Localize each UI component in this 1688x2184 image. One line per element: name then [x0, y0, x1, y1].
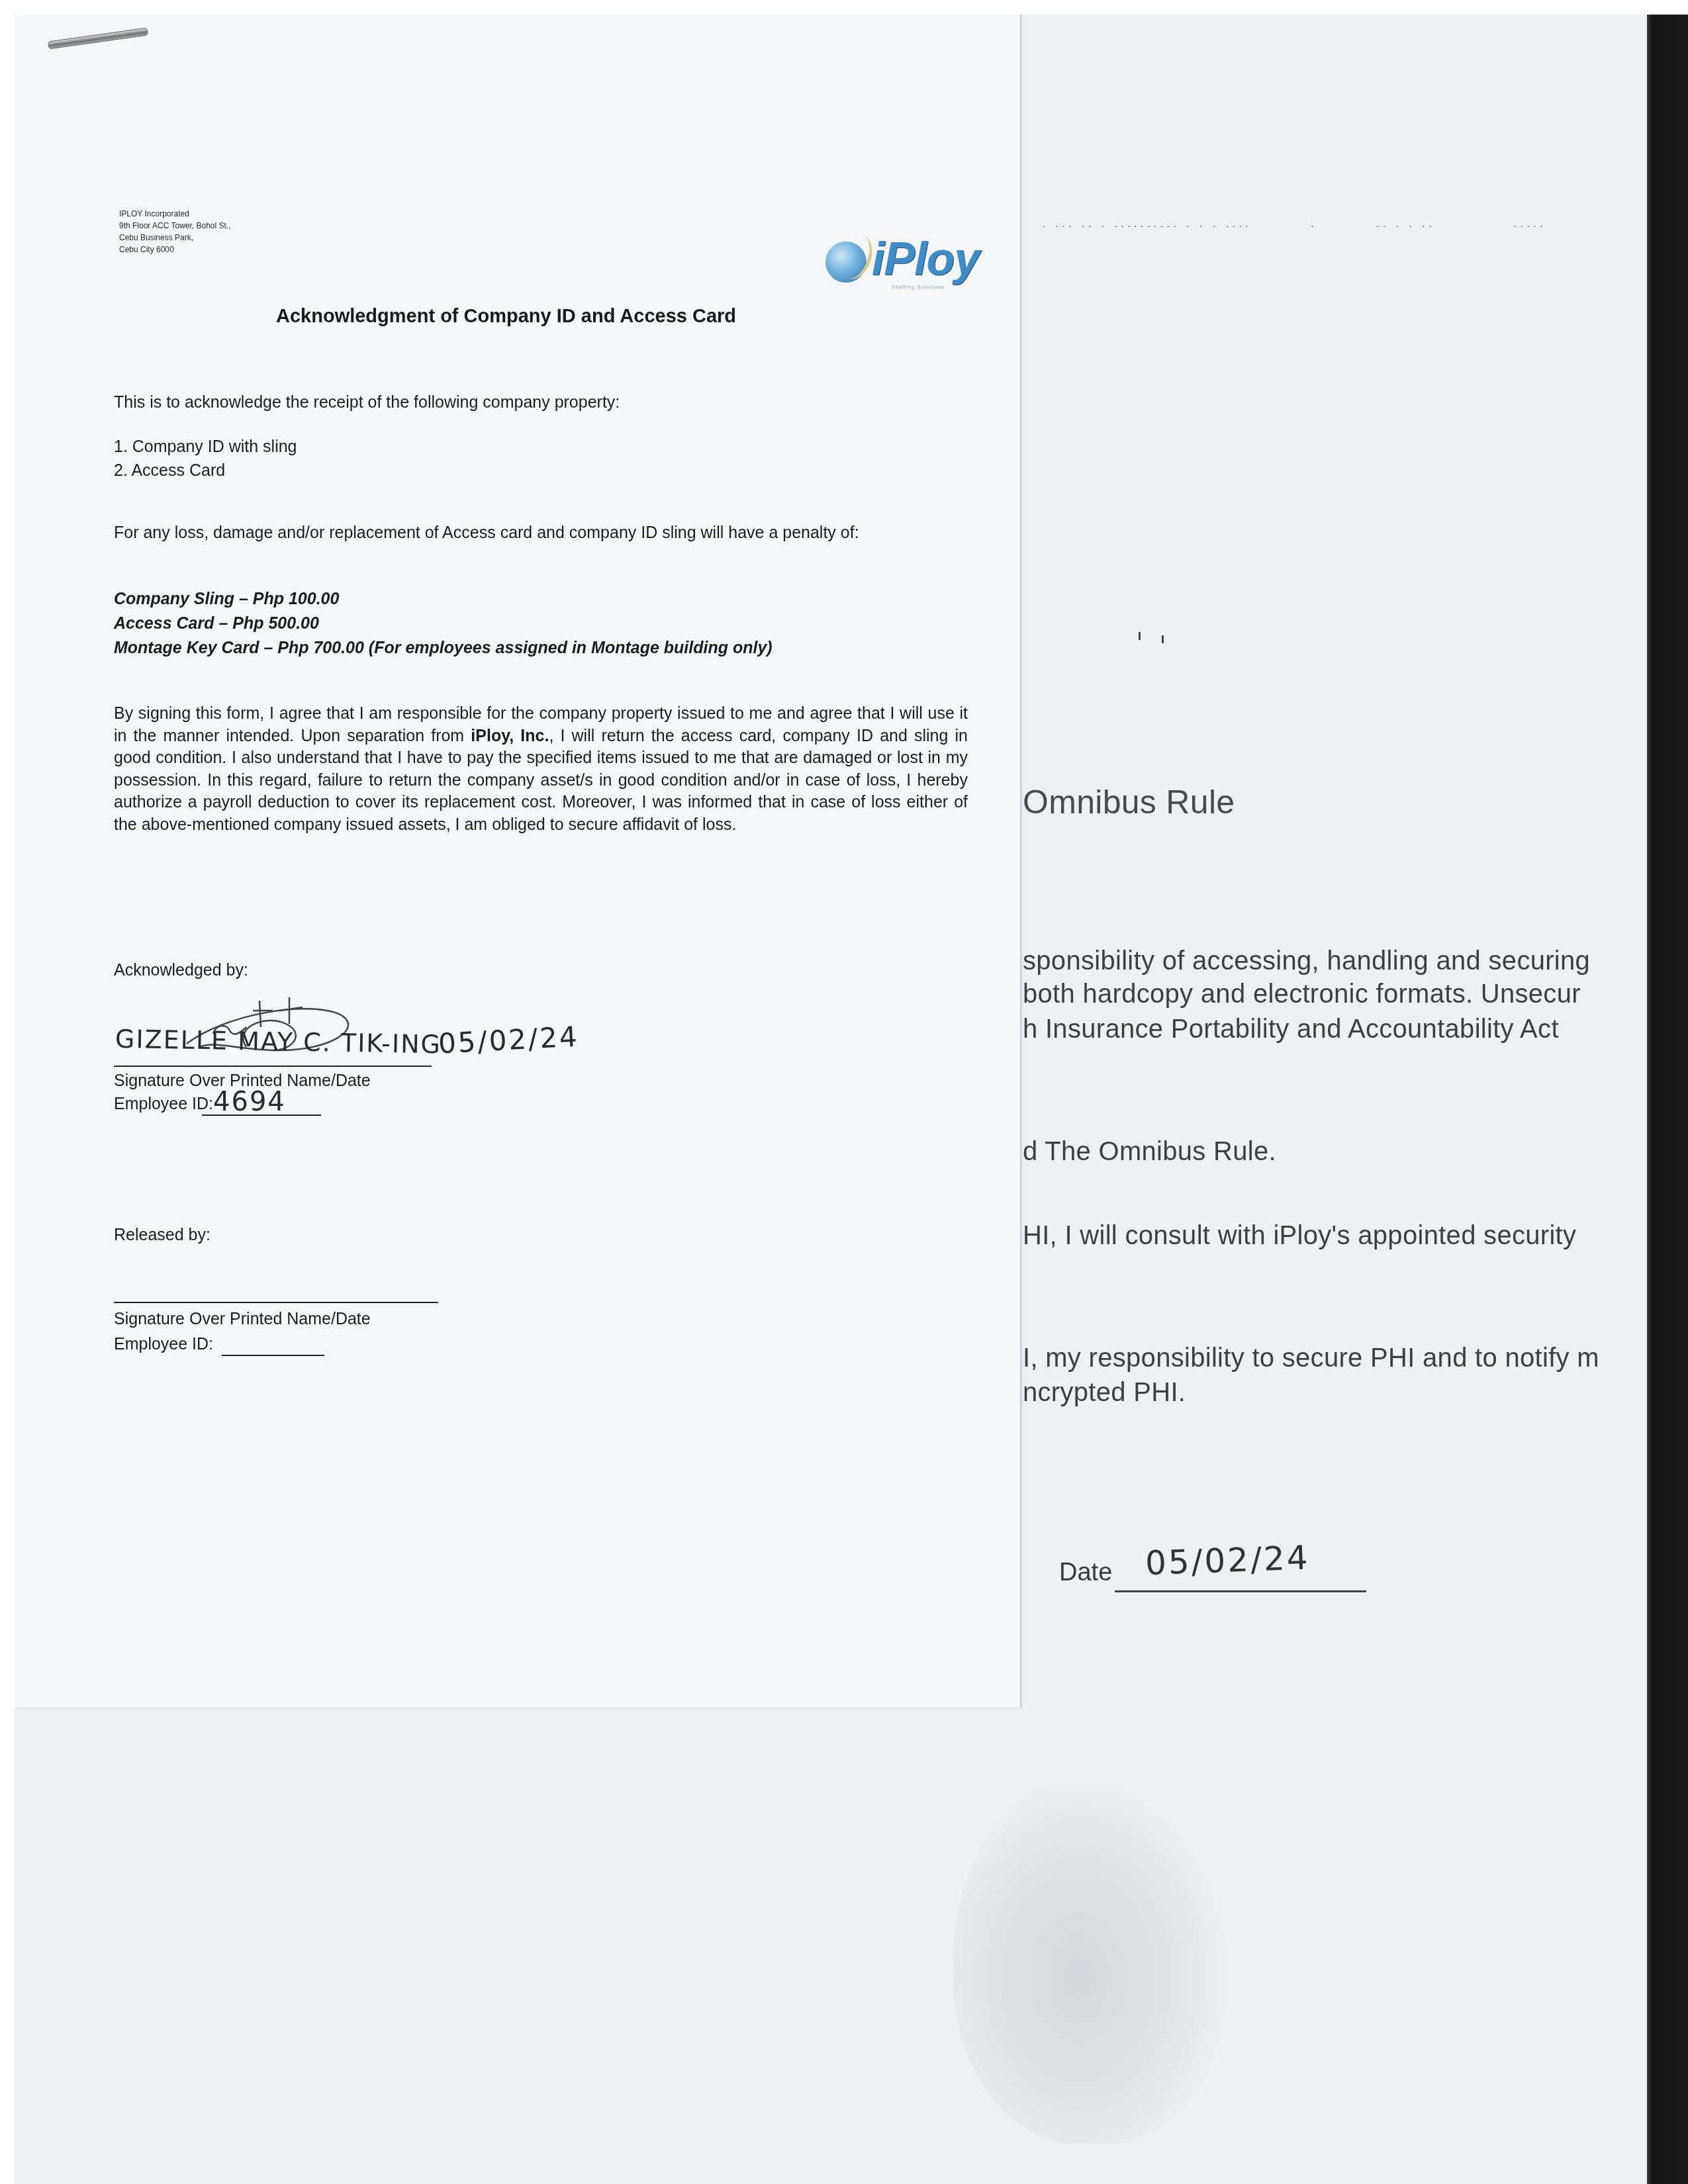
background-page-title: Omnibus Rule	[1023, 783, 1235, 821]
release-signature-line	[114, 1302, 438, 1303]
list-item: 1. Company ID with sling	[114, 435, 297, 459]
address-line: Cebu City 6000	[119, 244, 231, 255]
employee-id-label: Employee ID:	[114, 1095, 213, 1113]
release-signature-caption: Signature Over Printed Name/Date	[114, 1310, 371, 1329]
company-address: IPLOY Incorporated 9th Floor ACC Tower, …	[119, 208, 231, 255]
address-line: 9th Floor ACC Tower, Bohol St.,	[119, 220, 231, 232]
penalty-list: Company Sling – Php 100.00 Access Card –…	[114, 587, 773, 660]
scan-speck	[1162, 635, 1164, 643]
background-page-line: I, my responsibility to secure PHI and t…	[1023, 1343, 1599, 1373]
fingerprint-smudge	[953, 1774, 1231, 2144]
company-name: iPloy, Inc.	[471, 727, 549, 745]
background-page-line: HI, I will consult with iPloy's appointe…	[1023, 1221, 1576, 1251]
employee-id-underline	[222, 1355, 324, 1356]
date-underline	[1115, 1590, 1366, 1592]
penalty-item: Company Sling – Php 100.00	[114, 587, 773, 612]
acknowledgment-form: IPLOY Incorporated 9th Floor ACC Tower, …	[15, 15, 1021, 1707]
handwritten-date: 05/02/24	[438, 1020, 580, 1060]
address-line: Cebu Business Park,	[119, 232, 231, 244]
background-page-line: d The Omnibus Rule.	[1023, 1137, 1276, 1167]
penalty-intro: For any loss, damage and/or replacement …	[114, 521, 974, 545]
background-page-line: ncrypted PHI.	[1023, 1378, 1186, 1408]
iploy-logo: iPloy Staffing Solutions	[825, 230, 1017, 296]
employee-id-label: Employee ID:	[114, 1335, 213, 1353]
agreement-paragraph: By signing this form, I agree that I am …	[114, 703, 968, 836]
penalty-item: Montage Key Card – Php 700.00 (For emplo…	[114, 636, 773, 660]
document-title: Acknowledgment of Company ID and Access …	[276, 306, 736, 328]
logo-wordmark: iPloy	[872, 232, 979, 285]
address-line: IPLOY Incorporated	[119, 208, 231, 220]
employee-id-value: 4694	[213, 1087, 286, 1117]
handwritten-date: 05/02/24	[1145, 1539, 1310, 1583]
logo-tagline: Staffing Solutions	[892, 284, 945, 290]
penalty-item: Access Card – Php 500.00	[114, 612, 773, 636]
property-list: 1. Company ID with sling 2. Access Card	[114, 435, 297, 482]
acknowledged-by-label: Acknowledged by:	[114, 961, 248, 980]
background-page-line: both hardcopy and electronic formats. Un…	[1023, 979, 1581, 1009]
scan-speck	[1139, 632, 1141, 640]
background-page-line: h Insurance Portability and Accountabili…	[1023, 1015, 1559, 1044]
employee-id-field: Employee ID: 4694	[114, 1095, 213, 1114]
date-label: Date	[1059, 1559, 1112, 1587]
list-item: 2. Access Card	[114, 459, 297, 482]
background-page-line: sponsibility of accessing, handling and …	[1023, 946, 1590, 976]
intro-text: This is to acknowledge the receipt of th…	[114, 390, 620, 414]
signature-line	[114, 1066, 432, 1067]
release-employee-id-field: Employee ID:	[114, 1335, 213, 1354]
scanner-edge	[1647, 15, 1688, 2184]
released-by-label: Released by:	[114, 1226, 211, 1245]
handwritten-name: GIZELLE MAY C. TIK-ING	[115, 1024, 442, 1060]
scan-artifact: . ... .. . .......... . . . .... . .. . …	[1043, 218, 1547, 229]
